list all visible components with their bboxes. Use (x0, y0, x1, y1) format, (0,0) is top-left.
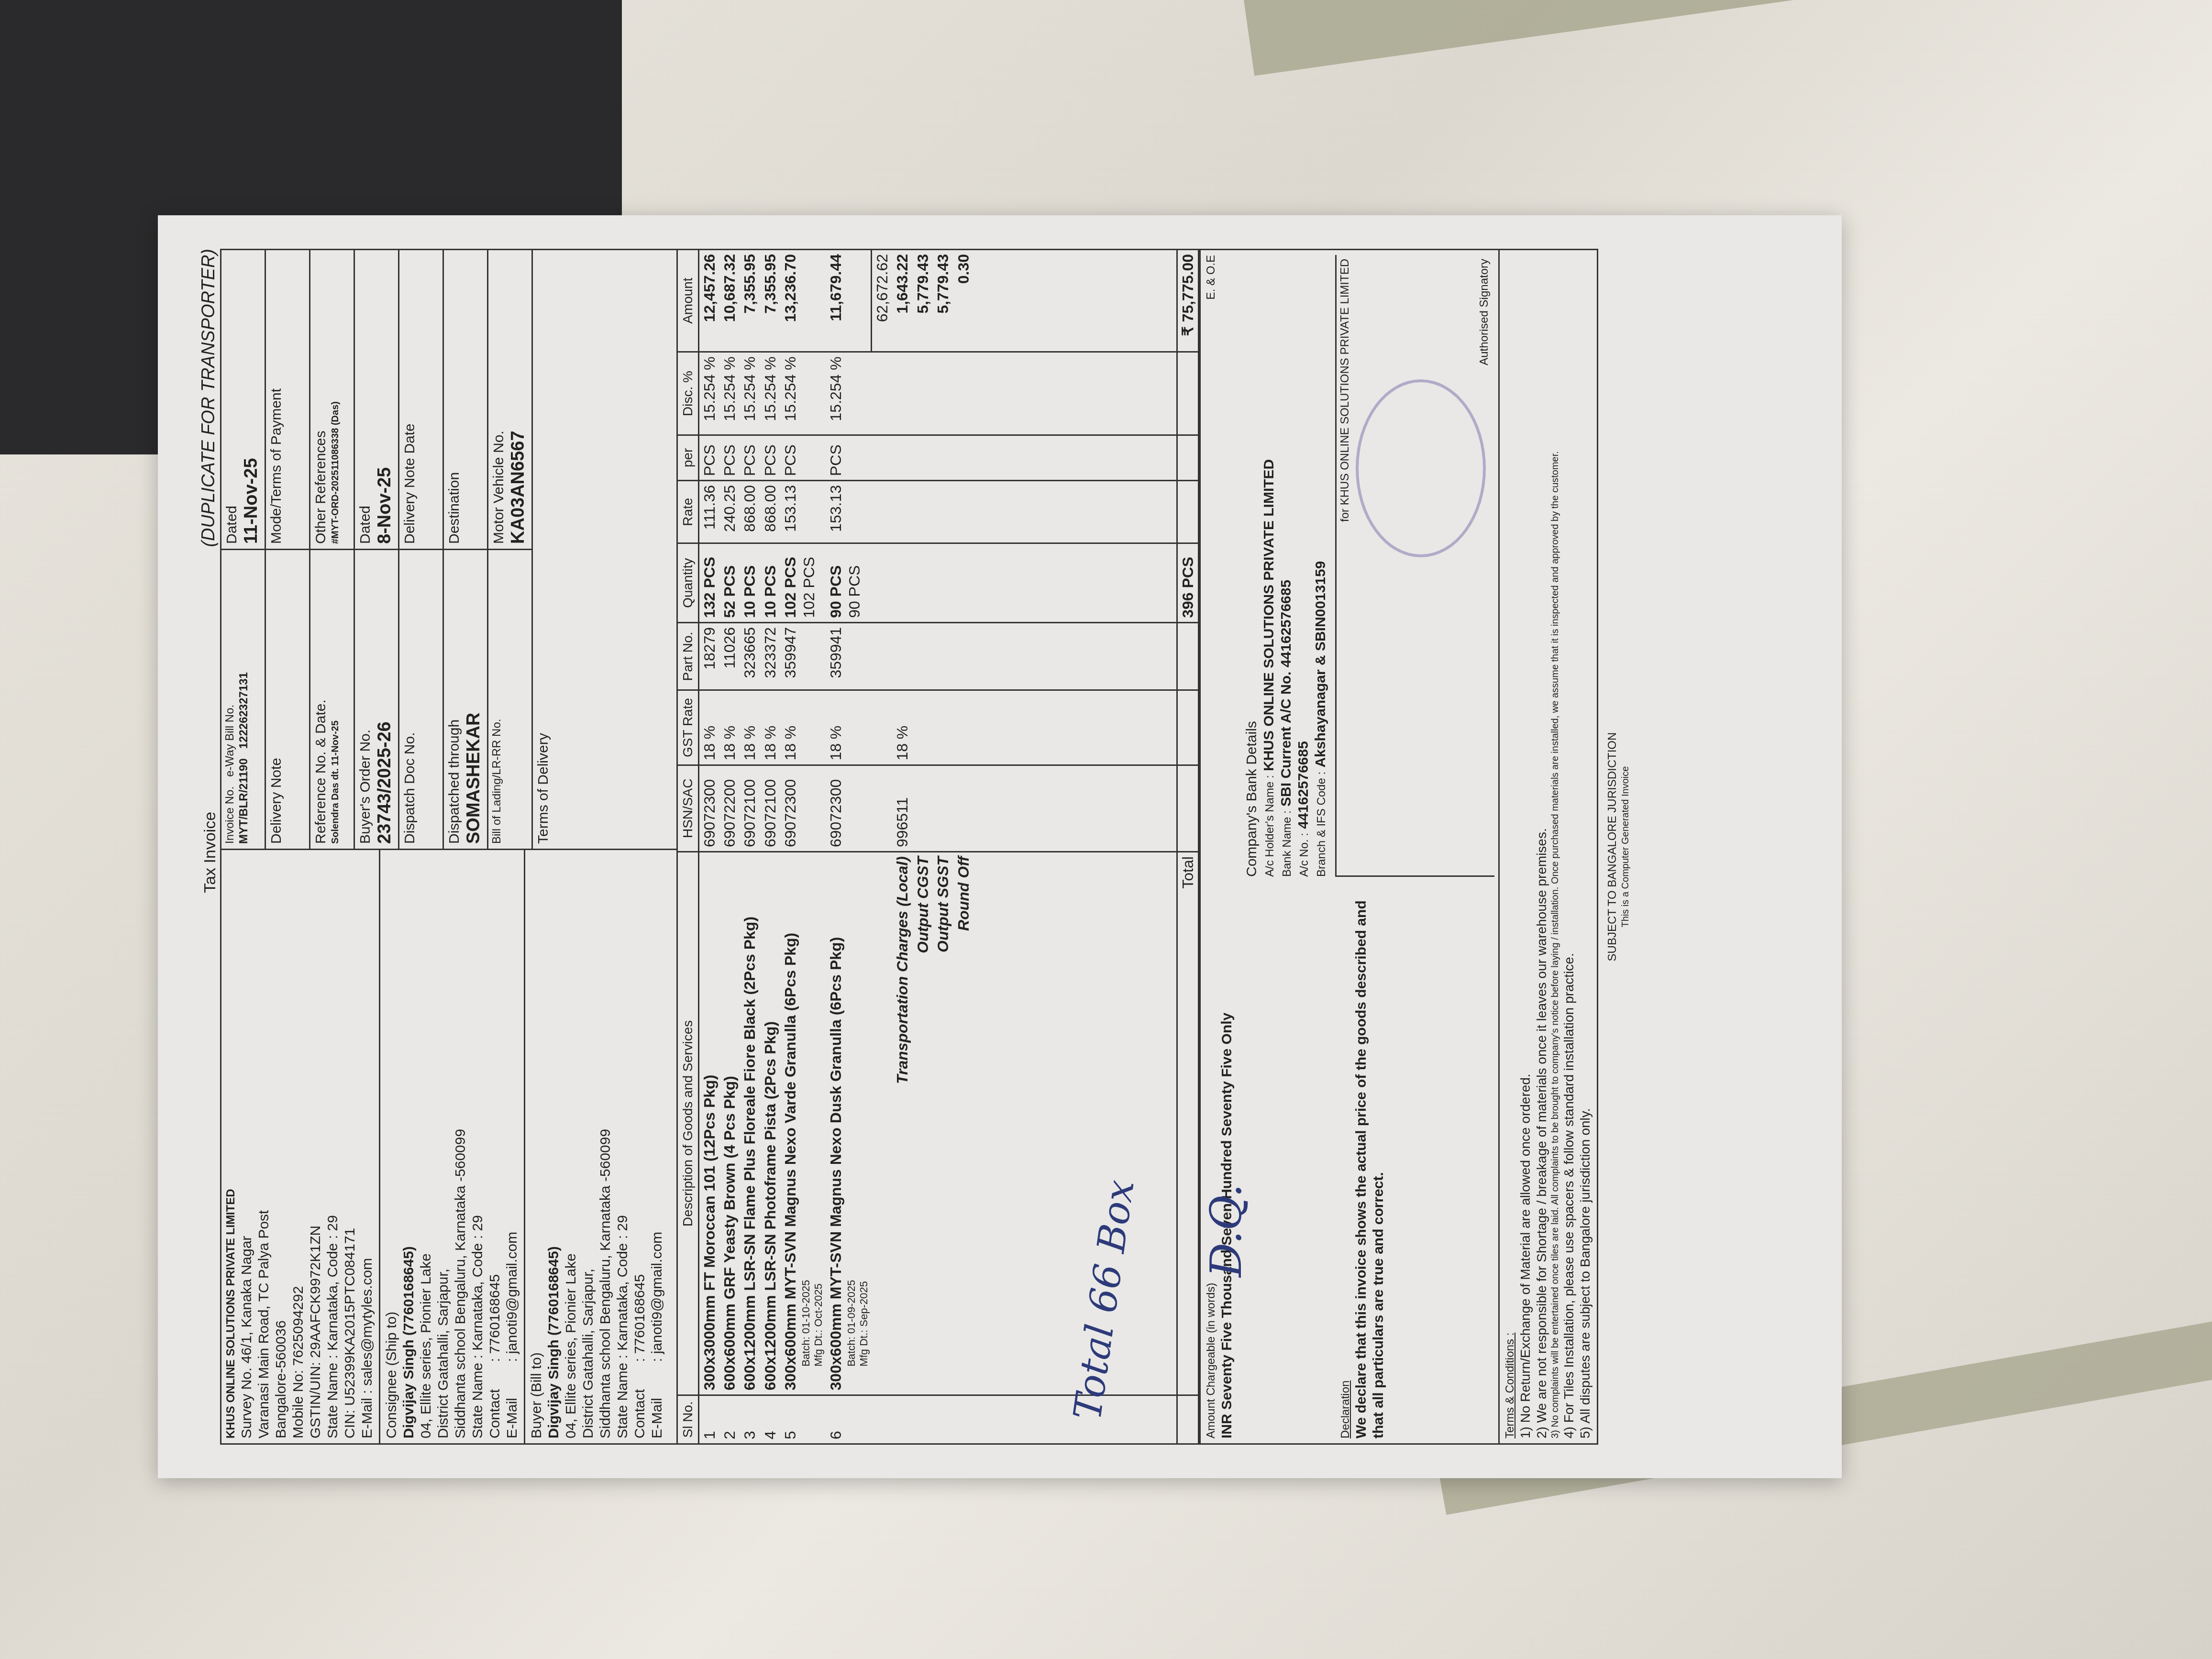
order-dated-value: 8-Nov-25 (374, 255, 396, 544)
cell-amount: 13,236.70 (780, 250, 826, 352)
cell-desc: 600x1200mm LSR-SN Photoframe Pista (2Pcs… (760, 852, 780, 1395)
charge-label: Output CGST (913, 852, 933, 1395)
cell-hsn: 69072300 (826, 765, 871, 852)
cell-amount: 11,679.44 (826, 250, 871, 352)
charge-gst (953, 690, 973, 765)
cell-amount: 7,355.95 (740, 250, 760, 352)
charge-amount: 1,643.22 (892, 250, 912, 352)
cell (933, 435, 953, 480)
cell-value: 323372 (761, 627, 779, 686)
cell-value: 15.254 % (741, 356, 759, 430)
cell-value: 13,236.70 (781, 254, 799, 347)
branch-label: Branch & IFS Code : (1315, 772, 1328, 877)
charge-label: Transportation Charges (Local) (892, 852, 912, 1395)
cell-value: 600x1200mm LSR-SN Photoframe Pista (2Pcs… (761, 856, 779, 1390)
cell-value: 15.254 % (761, 356, 779, 430)
seller-block: KHUS ONLINE SOLUTIONS PRIVATE LIMITED Su… (221, 850, 380, 1443)
seller-mobile: Mobile No: 7625094292 (290, 855, 307, 1438)
other-references-label: Other References (312, 255, 330, 544)
cell-disc: 15.254 % (760, 352, 780, 435)
cell (973, 481, 1177, 543)
cell (1177, 481, 1198, 543)
cell (953, 543, 973, 622)
cell (913, 543, 933, 622)
cell (872, 481, 893, 543)
subtotal-row: 62,672.62 (872, 250, 893, 1443)
buyers-order-label: Buyer's Order No. (357, 555, 374, 844)
cell-value: 323665 (741, 627, 759, 686)
signature-for-label: for KHUS ONLINE SOLUTIONS PRIVATE LIMITE… (1337, 255, 1354, 875)
cell-desc: 600x600mm GRF Yeasty Brown (4 Pcs Pkg) (719, 852, 740, 1395)
cell-qty: 52 PCS (719, 543, 740, 622)
cell-disc: 15.254 % (826, 352, 871, 435)
buyer-name: Digvijay Singh (7760168645) (545, 855, 563, 1438)
cell (1177, 690, 1198, 765)
cell-qty: 102 PCS102 PCS (780, 543, 826, 622)
cell-rate: 868.00 (740, 481, 760, 543)
column-header: Rate (678, 481, 698, 543)
column-header: HSN/SAC (678, 765, 698, 852)
cell-rate: 111.36 (698, 481, 719, 543)
cell-value: 69072100 (761, 770, 779, 847)
charge-label: Output SGST (933, 852, 953, 1395)
buyer-state: State Name : Karnataka, Code : 29 (614, 855, 631, 1438)
invoice-no-label: Invoice No. (223, 786, 236, 844)
cell-value: 11,679.44 (827, 254, 845, 347)
cell-value: 18 % (720, 695, 739, 760)
cell-part: 11026 (719, 622, 740, 690)
cell (933, 481, 953, 543)
cell (973, 543, 1177, 622)
spacer-row (973, 250, 1177, 1443)
cell-value: 153.13 (781, 485, 799, 539)
cell-qty: 132 PCS (698, 543, 719, 622)
charge-amount: 5,779.43 (933, 250, 953, 352)
total-label: Total (1177, 852, 1198, 1395)
cell (892, 543, 912, 622)
cell (933, 1395, 953, 1443)
eoe-label: E. & O.E (1205, 255, 1218, 299)
invoice-date: 11-Nov-25 (241, 255, 263, 544)
cell (1177, 435, 1198, 480)
vehicle-label: Motor Vehicle No. (490, 255, 508, 544)
total-row: Total396 PCS₹ 75,775.00 (1177, 250, 1198, 1443)
cell-value: 69072300 (781, 770, 799, 847)
cell (973, 352, 1177, 435)
reference-label: Reference No. & Date. (312, 555, 330, 844)
cell-value: 10 PCS (741, 548, 759, 618)
cell-value: 90 PCS (827, 548, 845, 618)
cell-desc: 300x600mm MYT-SVN Magnus Nexo Varde Gran… (780, 852, 826, 1395)
bill-of-lading-label: Bill of Lading/LR-RR No. (490, 555, 504, 844)
dated-label: Dated (223, 255, 241, 544)
cell (953, 481, 973, 543)
cell-sl: 6 (826, 1395, 871, 1443)
bank-details-block: Company's Bank Details A/c Holder's Name… (1239, 250, 1498, 882)
cell-rate: 868.00 (760, 481, 780, 543)
cell (933, 543, 953, 622)
consignee-name: Digvijay Singh (7760168645) (400, 855, 418, 1438)
consignee-label: Consignee (Ship to) (383, 855, 400, 1438)
cell (973, 765, 1177, 852)
cell-value: 600x600mm GRF Yeasty Brown (4 Pcs Pkg) (720, 856, 739, 1390)
declaration-block: Declaration We declare that this invoice… (1239, 882, 1498, 1443)
consignee-contact: : 7760168645 (487, 1274, 503, 1362)
cell-value: 1 (700, 1400, 719, 1439)
cell-hsn: 69072100 (740, 765, 760, 852)
cell-hsn: 69072300 (698, 765, 719, 852)
authorised-signatory-label: Authorised Signatory (1478, 259, 1492, 365)
cell-hsn: 69072100 (760, 765, 780, 852)
cell (953, 1395, 973, 1443)
cell-value: 69072100 (741, 770, 759, 847)
cell (913, 1395, 933, 1443)
cell-value: 111.36 (700, 485, 719, 539)
cell (913, 352, 933, 435)
cell-value: 7,355.95 (741, 254, 759, 347)
footer: SUBJECT TO BANGALORE JURISDICTION This i… (1606, 249, 1631, 1445)
cell (872, 543, 893, 622)
cell-gst: 18 % (780, 690, 826, 765)
cell (892, 352, 912, 435)
terms-item: 5) All disputes are subject to Bangalore… (1577, 255, 1593, 1438)
cell-sl: 3 (740, 1395, 760, 1443)
cell (933, 622, 953, 690)
cell-disc: 15.254 % (780, 352, 826, 435)
batch-info: Batch: 01-10-2025 (800, 856, 812, 1390)
cell-disc: 15.254 % (740, 352, 760, 435)
cell-qty: 90 PCS90 PCS (826, 543, 871, 622)
reference-value: Solendra Das dt. 11-Nov-25 (330, 555, 341, 844)
payment-terms-label: Mode/Terms of Payment (268, 255, 285, 544)
cell-value: 359941 (827, 627, 845, 686)
charge-row: Output SGST5,779.43 (933, 250, 953, 1443)
cell-desc: 300x600mm MYT-SVN Magnus Nexo Dusk Granu… (826, 852, 871, 1395)
cell-value: 300x600mm MYT-SVN Magnus Nexo Dusk Granu… (827, 856, 845, 1390)
cell-gst: 18 % (719, 690, 740, 765)
column-header: Quantity (678, 543, 698, 622)
cell-value: 3 (741, 1400, 759, 1439)
cell-value: 18279 (700, 627, 719, 686)
buyer-address-3: Siddhanta school Bengaluru, Karnataka -5… (597, 855, 614, 1438)
charge-gst: 18 % (892, 690, 912, 765)
copy-label: (DUPLICATE FOR TRANSPORTER) (198, 249, 220, 547)
charge-hsn: 996511 (892, 765, 912, 852)
cell-hsn: 69072300 (780, 765, 826, 852)
cell-value: 600x1200mm LSR-SN Flame Plus Floreale Fi… (741, 856, 759, 1390)
cell-value: 69072300 (700, 770, 719, 847)
cell-value: 15.254 % (827, 356, 845, 430)
cell-gst: 18 % (760, 690, 780, 765)
charge-label: Round Off (953, 852, 973, 1395)
cell (1177, 765, 1198, 852)
cell-gst: 18 % (740, 690, 760, 765)
total-quantity: 396 PCS (1177, 543, 1198, 622)
cell-qty: 10 PCS (760, 543, 780, 622)
buyer-block: Buyer (Bill to) Digvijay Singh (77601686… (525, 850, 669, 1443)
cell-value: PCS (741, 440, 759, 476)
seller-state: State Name : Karnataka, Code : 29 (324, 855, 342, 1438)
cell-value: 153.13 (827, 485, 845, 539)
consignee-state: State Name : Karnataka, Code : 29 (469, 855, 487, 1438)
cell-value: 18 % (741, 695, 759, 760)
cell-value: 4 (761, 1400, 779, 1439)
company-stamp (1356, 379, 1486, 557)
consignee-block: Consignee (Ship to) Digvijay Singh (7760… (380, 850, 525, 1443)
cell (973, 435, 1177, 480)
cell (953, 622, 973, 690)
cell (913, 435, 933, 480)
cell-disc: 15.254 % (719, 352, 740, 435)
charge-hsn (913, 765, 933, 852)
cell-per: PCS (698, 435, 719, 480)
cell-value: 12,457.26 (700, 254, 719, 347)
cell-value: PCS (761, 440, 779, 476)
cell-gst: 18 % (698, 690, 719, 765)
consignee-contact-label: Contact (487, 1362, 504, 1438)
cell-value: PCS (700, 440, 719, 476)
cell-qty-billed: 102 PCS (800, 548, 818, 618)
column-header: Part No. (678, 622, 698, 690)
cell (913, 622, 933, 690)
declaration-title: Declaration (1339, 886, 1353, 1438)
buyer-label: Buyer (Bill to) (528, 855, 545, 1438)
cell (973, 690, 1177, 765)
cell-part: 323665 (740, 622, 760, 690)
cell-value: PCS (720, 440, 739, 476)
buyer-contact: : 7760168645 (632, 1274, 648, 1362)
buyer-email: : janoti9@gmail.com (649, 1232, 665, 1362)
cell-amount: 10,687.32 (719, 250, 740, 352)
cell (953, 435, 973, 480)
seller-address-2: Varanasi Main Road, TC Palya Post (255, 855, 273, 1438)
consignee-address-1: 04, Ellite series, Pionier Lake (418, 855, 435, 1438)
dispatch-doc-label: Dispatch Doc No. (401, 555, 419, 844)
cell (973, 622, 1177, 690)
bank-name: SBI Current A/C No. 44162576685 (1278, 580, 1294, 807)
cell-rate: 240.25 (719, 481, 740, 543)
terms-item: 1) No Return/Exchange of Material are al… (1517, 255, 1534, 1438)
cell-disc: 15.254 % (698, 352, 719, 435)
bank-title: Company's Bank Details (1243, 255, 1261, 877)
cell-value: PCS (781, 440, 799, 476)
charge-amount: 5,779.43 (913, 250, 933, 352)
cell-value: 102 PCS (781, 548, 799, 618)
cell-desc: 300x3000mm FT Moroccan 101 (12Pcs Pkg) (698, 852, 719, 1395)
cell (1177, 622, 1198, 690)
invoice-title: Tax Invoice (200, 547, 220, 1158)
subtotal-amount: 62,672.62 (872, 250, 893, 352)
column-header: Sl No. (678, 1395, 698, 1443)
column-header: per (678, 435, 698, 480)
order-dated-label: Dated (357, 255, 374, 544)
invoice-paper: Tax Invoice (DUPLICATE FOR TRANSPORTER) … (158, 215, 1842, 1478)
party-details: KHUS ONLINE SOLUTIONS PRIVATE LIMITED Su… (221, 849, 676, 1443)
cell (973, 250, 1177, 352)
column-header: Disc. % (678, 352, 698, 435)
cell (872, 852, 893, 1395)
holder-name: KHUS ONLINE SOLUTIONS PRIVATE LIMITED (1261, 459, 1277, 771)
cell-value: 10 PCS (761, 548, 779, 618)
computer-generated-text: This is a Computer Generated Invoice (1620, 249, 1631, 1445)
charge-row: Output CGST5,779.43 (913, 250, 933, 1443)
cell (913, 481, 933, 543)
cell-value: 52 PCS (720, 548, 739, 618)
table-row: 4600x1200mm LSR-SN Photoframe Pista (2Pc… (760, 250, 780, 1443)
cell-amount: 7,355.95 (760, 250, 780, 352)
cell (872, 352, 893, 435)
consignee-email-label: E-Mail (504, 1362, 521, 1438)
invoice-header: Tax Invoice (DUPLICATE FOR TRANSPORTER) (177, 249, 220, 1445)
invoice-meta: Invoice No. e-Way Bill No. MYT/BLR/21190… (221, 250, 676, 849)
cell-value: 5 (781, 1400, 799, 1439)
cell-value: 18 % (700, 695, 719, 760)
cell-value: 359947 (781, 627, 799, 686)
cell-value: 6 (827, 1400, 845, 1439)
delivery-note-date-label: Delivery Note Date (401, 255, 419, 544)
invoice-sheet: Tax Invoice (DUPLICATE FOR TRANSPORTER) … (158, 215, 1842, 1478)
bank-name-label: Bank Name : (1281, 810, 1294, 877)
cell-value: 2 (720, 1400, 739, 1439)
table-row: 3600x1200mm LSR-SN Flame Plus Floreale F… (740, 250, 760, 1443)
terms-item: 4) For Tiles Installation, please use sp… (1561, 255, 1577, 1438)
cell (892, 622, 912, 690)
buyer-address-2: District Gatahalli, Sarjapur, (580, 855, 597, 1438)
seller-name: KHUS ONLINE SOLUTIONS PRIVATE LIMITED (224, 855, 238, 1438)
cell (872, 435, 893, 480)
cell-per: PCS (826, 435, 871, 480)
consignee-address-2: District Gatahalli, Sarjapur, (435, 855, 452, 1438)
batch-info: Mfg Dt.: Oct-2025 (812, 856, 825, 1390)
charge-hsn (933, 765, 953, 852)
buyer-address-1: 04, Ellite series, Pionier Lake (563, 855, 580, 1438)
terms-block: Terms & Conditions : 1) No Return/Exchan… (1498, 250, 1597, 1443)
cell-part: 359941 (826, 622, 871, 690)
cell-value: 300x600mm MYT-SVN Magnus Nexo Varde Gran… (781, 856, 799, 1390)
terms-title: Terms & Conditions : (1504, 255, 1517, 1438)
cell (872, 1395, 893, 1443)
eway-no: 122262327131 (237, 672, 250, 749)
cell-per: PCS (780, 435, 826, 480)
jurisdiction-text: SUBJECT TO BANGALORE JURISDICTION (1606, 249, 1620, 1445)
holder-label: A/c Holder's Name : (1263, 775, 1276, 877)
cell (892, 435, 912, 480)
column-header: GST Rate (678, 690, 698, 765)
cell-value: 69072300 (827, 770, 845, 847)
destination-label: Destination (446, 255, 463, 544)
charge-row: Round Off0.30 (953, 250, 973, 1443)
table-row: 6300x600mm MYT-SVN Magnus Nexo Dusk Gran… (826, 250, 871, 1443)
amount-words-label: Amount Chargeable (in words) (1205, 1283, 1218, 1439)
charge-gst (933, 690, 953, 765)
cell-value: 18 % (781, 695, 799, 760)
cell-sl: 4 (760, 1395, 780, 1443)
cell-part: 323372 (760, 622, 780, 690)
cell (973, 852, 1177, 1395)
cell (892, 481, 912, 543)
cell (892, 1395, 912, 1443)
dispatched-through-value: SOMASHEKAR (463, 555, 485, 844)
invoice-no: MYT/BLR/21190 (237, 758, 250, 844)
seller-address-1: Survey No. 46/1, Kanaka Nagar (238, 855, 255, 1438)
seller-gstin: GSTIN/UIN: 29AAFCK9972K1ZN (307, 855, 324, 1438)
cell-value: 18 % (827, 695, 845, 760)
vehicle-value: KA03AN6567 (508, 255, 530, 544)
consignee-address-3: Siddhanta school Bengaluru, Karnataka -5… (452, 855, 469, 1438)
table-row: 5300x600mm MYT-SVN Magnus Nexo Varde Gra… (780, 250, 826, 1443)
invoice-frame: KHUS ONLINE SOLUTIONS PRIVATE LIMITED Su… (220, 249, 1598, 1445)
dispatched-through-label: Dispatched through (446, 555, 463, 844)
branch-ifsc: Akshayanagar & SBIN0013159 (1313, 561, 1328, 768)
cell-value: 11026 (720, 627, 739, 686)
cell-qty-billed: 90 PCS (845, 548, 863, 618)
cell-value: 868.00 (761, 485, 779, 539)
cell (1177, 1395, 1198, 1443)
other-references-value: #MYT-ORD-202511086338 (Das) (330, 255, 341, 544)
cell-part: 359947 (780, 622, 826, 690)
signature-box: for KHUS ONLINE SOLUTIONS PRIVATE LIMITE… (1335, 255, 1494, 877)
cell-gst: 18 % (826, 690, 871, 765)
terms-of-delivery-label: Terms of Delivery (535, 255, 552, 844)
seller-address-3: Bangalore-560036 (273, 855, 290, 1438)
cell-rate: 153.13 (780, 481, 826, 543)
cell-qty: 10 PCS (740, 543, 760, 622)
cell-desc: 600x1200mm LSR-SN Flame Plus Floreale Fi… (740, 852, 760, 1395)
terms-item: 2) We are not responsible for Shortage /… (1534, 255, 1550, 1438)
cell (953, 352, 973, 435)
background-packing-strap (1244, 0, 2212, 76)
cell-part: 18279 (698, 622, 719, 690)
consignee-email: : janoti9@gmail.com (504, 1232, 520, 1362)
batch-info: Mfg Dt.: Sep-2025 (858, 856, 870, 1390)
buyer-contact-label: Contact (631, 1362, 649, 1438)
table-row: 1300x3000mm FT Moroccan 101 (12Pcs Pkg)6… (698, 250, 719, 1443)
charge-hsn (953, 765, 973, 852)
seller-email: E-Mail : sales@mytyles.com (359, 855, 376, 1438)
cell-sl: 2 (719, 1395, 740, 1443)
buyers-order-value: 23743/2025-26 (374, 555, 396, 844)
cell-value: 868.00 (741, 485, 759, 539)
total-amount: ₹ 75,775.00 (1177, 250, 1198, 352)
charge-gst (913, 690, 933, 765)
cell-per: PCS (719, 435, 740, 480)
cell-sl: 5 (780, 1395, 826, 1443)
cell-value: 240.25 (720, 485, 739, 539)
seller-cin: CIN: U52399KA2015PTC084171 (342, 855, 359, 1438)
cell-value: 15.254 % (781, 356, 799, 430)
cell-value: 10,687.32 (720, 254, 739, 347)
cell-value: 18 % (761, 695, 779, 760)
cell-value: 69072200 (720, 770, 739, 847)
buyer-email-label: E-Mail (649, 1362, 666, 1438)
cell (872, 622, 893, 690)
cell (933, 352, 953, 435)
cell-per: PCS (740, 435, 760, 480)
handwritten-initials: D.Q. (1201, 1184, 1252, 1277)
cell-amount: 12,457.26 (698, 250, 719, 352)
delivery-note-label: Delivery Note (268, 555, 285, 844)
declaration-text: We declare that this invoice shows the a… (1353, 886, 1387, 1438)
account-no-label: A/c No. : (1298, 833, 1311, 877)
cell-hsn: 69072200 (719, 765, 740, 852)
terms-item: 3) No complaints will be entertained onc… (1549, 255, 1561, 1438)
cell-value: 15.254 % (700, 356, 719, 430)
cell-value: 7,355.95 (761, 254, 779, 347)
cell (872, 765, 893, 852)
column-header: Amount (678, 250, 698, 352)
charge-amount: 0.30 (953, 250, 973, 352)
cell-value: 300x3000mm FT Moroccan 101 (12Pcs Pkg) (700, 856, 719, 1390)
